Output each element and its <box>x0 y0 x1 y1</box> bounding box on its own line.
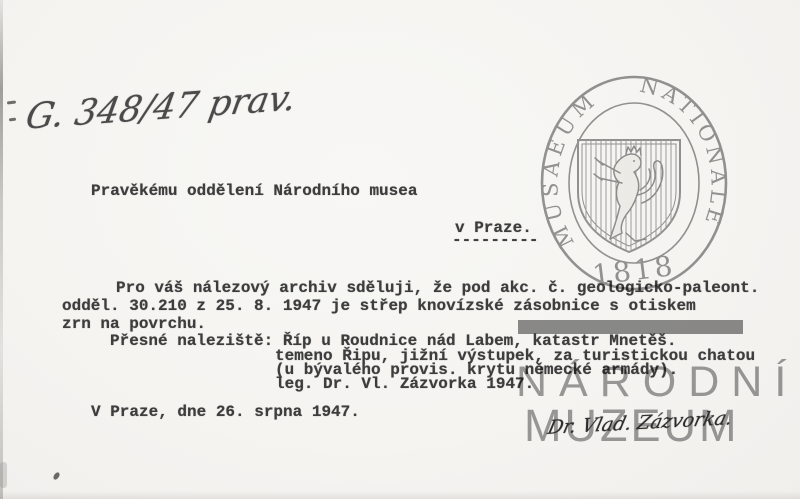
museum-seal: MUSAEUM NATIONALE 1818 <box>536 70 734 298</box>
seal-text-nationale: NATIONALE <box>638 73 731 231</box>
ink-speck <box>52 471 61 480</box>
scan-bottom-shade <box>0 491 800 499</box>
margin-tick-mark <box>7 100 16 104</box>
watermark-bar <box>518 320 743 334</box>
body-line: leg. Dr. Vl. Zázvorka 1947. <box>275 376 534 392</box>
body-line: odděl. 30.210 z 25. 8. 1947 je střep kno… <box>62 298 696 314</box>
place-underline: --------- <box>452 232 538 248</box>
edge-smudge <box>0 462 7 488</box>
recipient-line: Pravěkému oddělení Národního musea <box>91 183 417 199</box>
handwritten-reference: G. 348/47 prav. <box>23 78 299 137</box>
lion-emblem <box>594 146 663 241</box>
body-line: zrn na povrchu. <box>62 316 206 332</box>
date-line: V Praze, dne 26. srpna 1947. <box>91 404 360 420</box>
coat-of-arms-shield <box>578 140 680 252</box>
scan-left-edge <box>0 0 3 499</box>
svg-text:NATIONALE: NATIONALE <box>638 73 731 231</box>
scanned-letter-page: { "document": { "handwritten_ref": "G. 3… <box>0 0 800 499</box>
seal-year: 1818 <box>590 249 677 292</box>
margin-tick-mark <box>9 118 16 122</box>
